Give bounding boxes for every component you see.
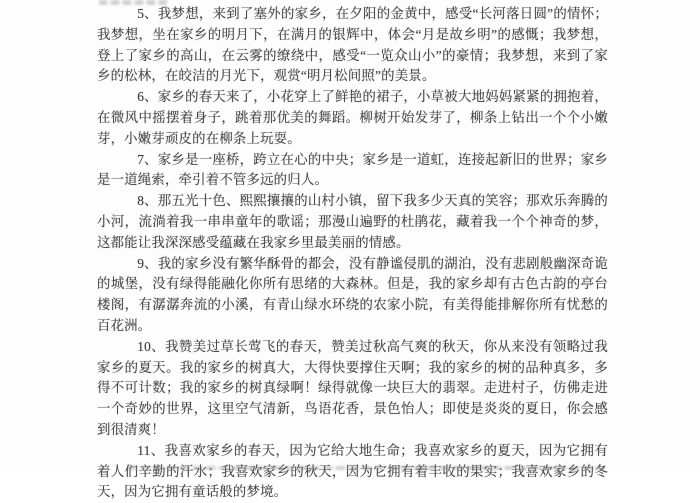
cropped-next-line-remnant (128, 466, 605, 470)
paragraph-9: 9、我的家乡没有繁华酥骨的都会，没有静谧侵肌的湖泊，没有悲剧般幽深奇诡的城堡，没… (97, 254, 608, 337)
document-page: 5、我梦想，来到了塞外的家乡，在夕阳的金黄中，感受“长河落日圆”的情怀；我梦想，… (0, 0, 700, 470)
paragraph-10: 10、我赞美过草长莺飞的春天，赞美过秋高气爽的秋天，你从来没有领略过我家乡的夏天… (97, 337, 608, 441)
paragraph-6: 6、家乡的春天来了，小花穿上了鲜艳的裙子，小草被大地妈妈紧紧的拥抱着，在微风中摇… (97, 87, 608, 149)
paragraph-7: 7、家乡是一座桥，跨立在心的中央；家乡是一道虹，连接起新旧的世界；家乡是一道绳索… (97, 150, 608, 192)
text-block: 5、我梦想，来到了塞外的家乡，在夕阳的金黄中，感受“长河落日圆”的情怀；我梦想，… (97, 4, 608, 470)
paragraph-8: 8、那五光十色、熙熙攘攘的山村小镇，留下我多少天真的笑容；那欢乐奔腾的小河，流淌… (97, 191, 608, 253)
paragraph-5: 5、我梦想，来到了塞外的家乡，在夕阳的金黄中，感受“长河落日圆”的情怀；我梦想，… (97, 4, 608, 87)
